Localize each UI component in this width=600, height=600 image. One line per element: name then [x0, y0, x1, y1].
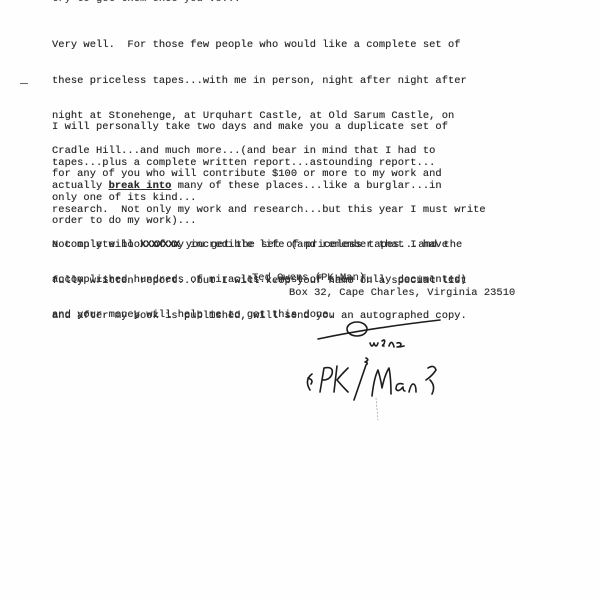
signature-name: Ted Owens (PK Man) [252, 273, 365, 285]
text-line: these priceless tapes...with me in perso… [52, 76, 467, 88]
signature-address: Box 32, Cape Charles, Virginia 23510 [289, 288, 515, 300]
text-segment: Not only will [52, 239, 140, 251]
document-page: try to get them once you've... Very well… [0, 0, 600, 600]
text-line: I will personally take two days and make… [52, 122, 448, 134]
text-line: Not only will XXXXXXX you get the set of… [52, 240, 467, 252]
text-line: research. Not only my work and research.… [52, 205, 486, 217]
text-segment: you get the set of priceless tapes...and… [179, 239, 462, 251]
margin-mark [20, 83, 28, 84]
handwritten-signature [290, 310, 490, 425]
text-line: Very well. For those few people who woul… [52, 40, 467, 52]
struck-out-text: XXXXXXX [140, 239, 179, 251]
text-line: for any of you who will contribute $100 … [52, 169, 486, 181]
partial-top-line: try to get them once you've... [52, 0, 241, 6]
